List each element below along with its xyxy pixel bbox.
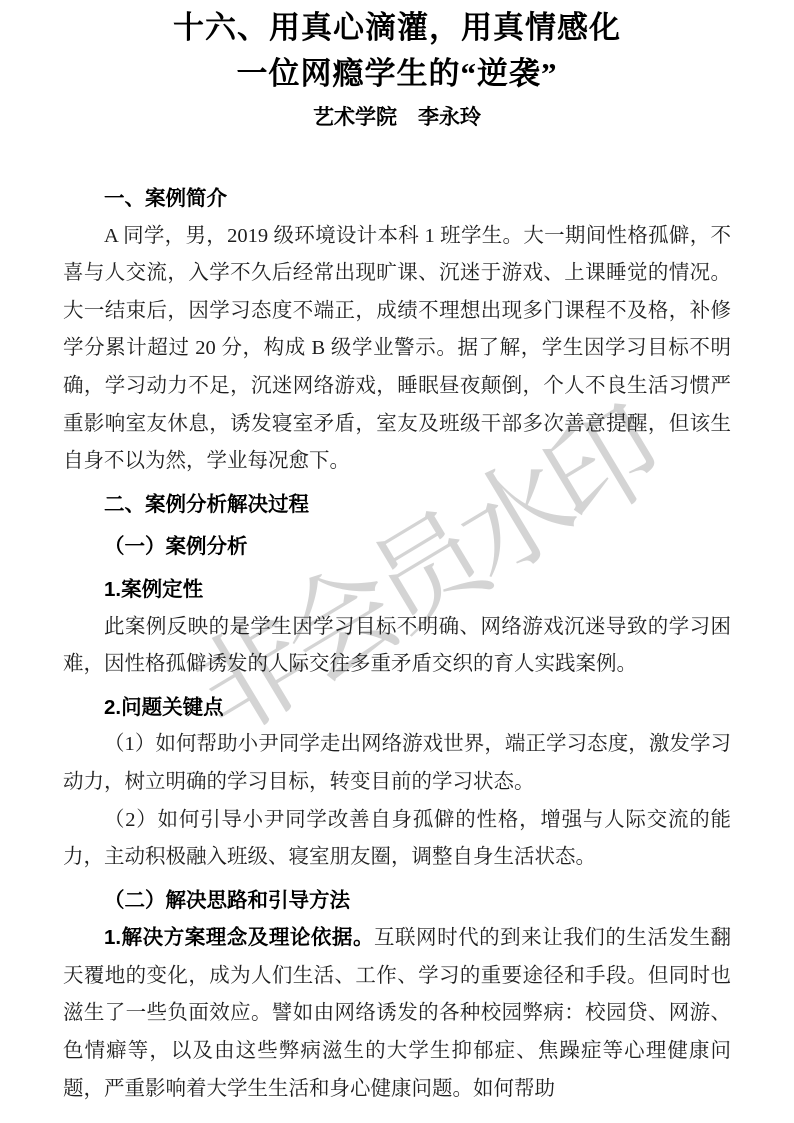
document-page: 非会员水印 十六、用真心滴灌，用真情感化 一位网瘾学生的“逆袭” 艺术学院 李永… (0, 0, 794, 1123)
section-heading: 一、案例简介 (63, 180, 731, 218)
paragraph: （1）如何帮助小尹同学走出网络游戏世界，端正学习态度，激发学习动力，树立明确的学… (63, 726, 731, 801)
document-title-line1: 十六、用真心滴灌，用真情感化 (0, 5, 794, 51)
paragraph: 1.解决方案理念及理论依据。互联网时代的到来让我们的生活发生翻天覆地的变化，成为… (63, 919, 731, 1108)
paragraph-bold-lead: 1.解决方案理念及理论依据。 (104, 926, 374, 949)
document-title-line2: 一位网瘾学生的“逆袭” (0, 51, 794, 97)
section-heading: 2.问题关键点 (63, 689, 731, 727)
section-heading: 1.案例定性 (63, 571, 731, 609)
paragraph: 此案例反映的是学生因学习目标不明确、网络游戏沉迷导致的学习困难，因性格孤僻诱发的… (63, 609, 731, 684)
document-header: 十六、用真心滴灌，用真情感化 一位网瘾学生的“逆袭” 艺术学院 李永玲 (0, 0, 794, 133)
paragraph: A 同学，男，2019 级环境设计本科 1 班学生。大一期间性格孤僻，不喜与人交… (63, 218, 731, 481)
paragraph-text: 互联网时代的到来让我们的生活发生翻天覆地的变化，成为人们生活、工作、学习的重要途… (63, 927, 731, 1099)
section-heading: 二、案例分析解决过程 (63, 486, 731, 524)
document-body: 一、案例简介A 同学，男，2019 级环境设计本科 1 班学生。大一期间性格孤僻… (63, 180, 731, 1108)
author-line: 艺术学院 李永玲 (0, 103, 794, 133)
paragraph: （2）如何引导小尹同学改善自身孤僻的性格，增强与人际交流的能力，主动积极融入班级… (63, 802, 731, 877)
section-heading: （一）案例分析 (63, 528, 731, 566)
section-heading: （二）解决思路和引导方法 (63, 882, 731, 920)
